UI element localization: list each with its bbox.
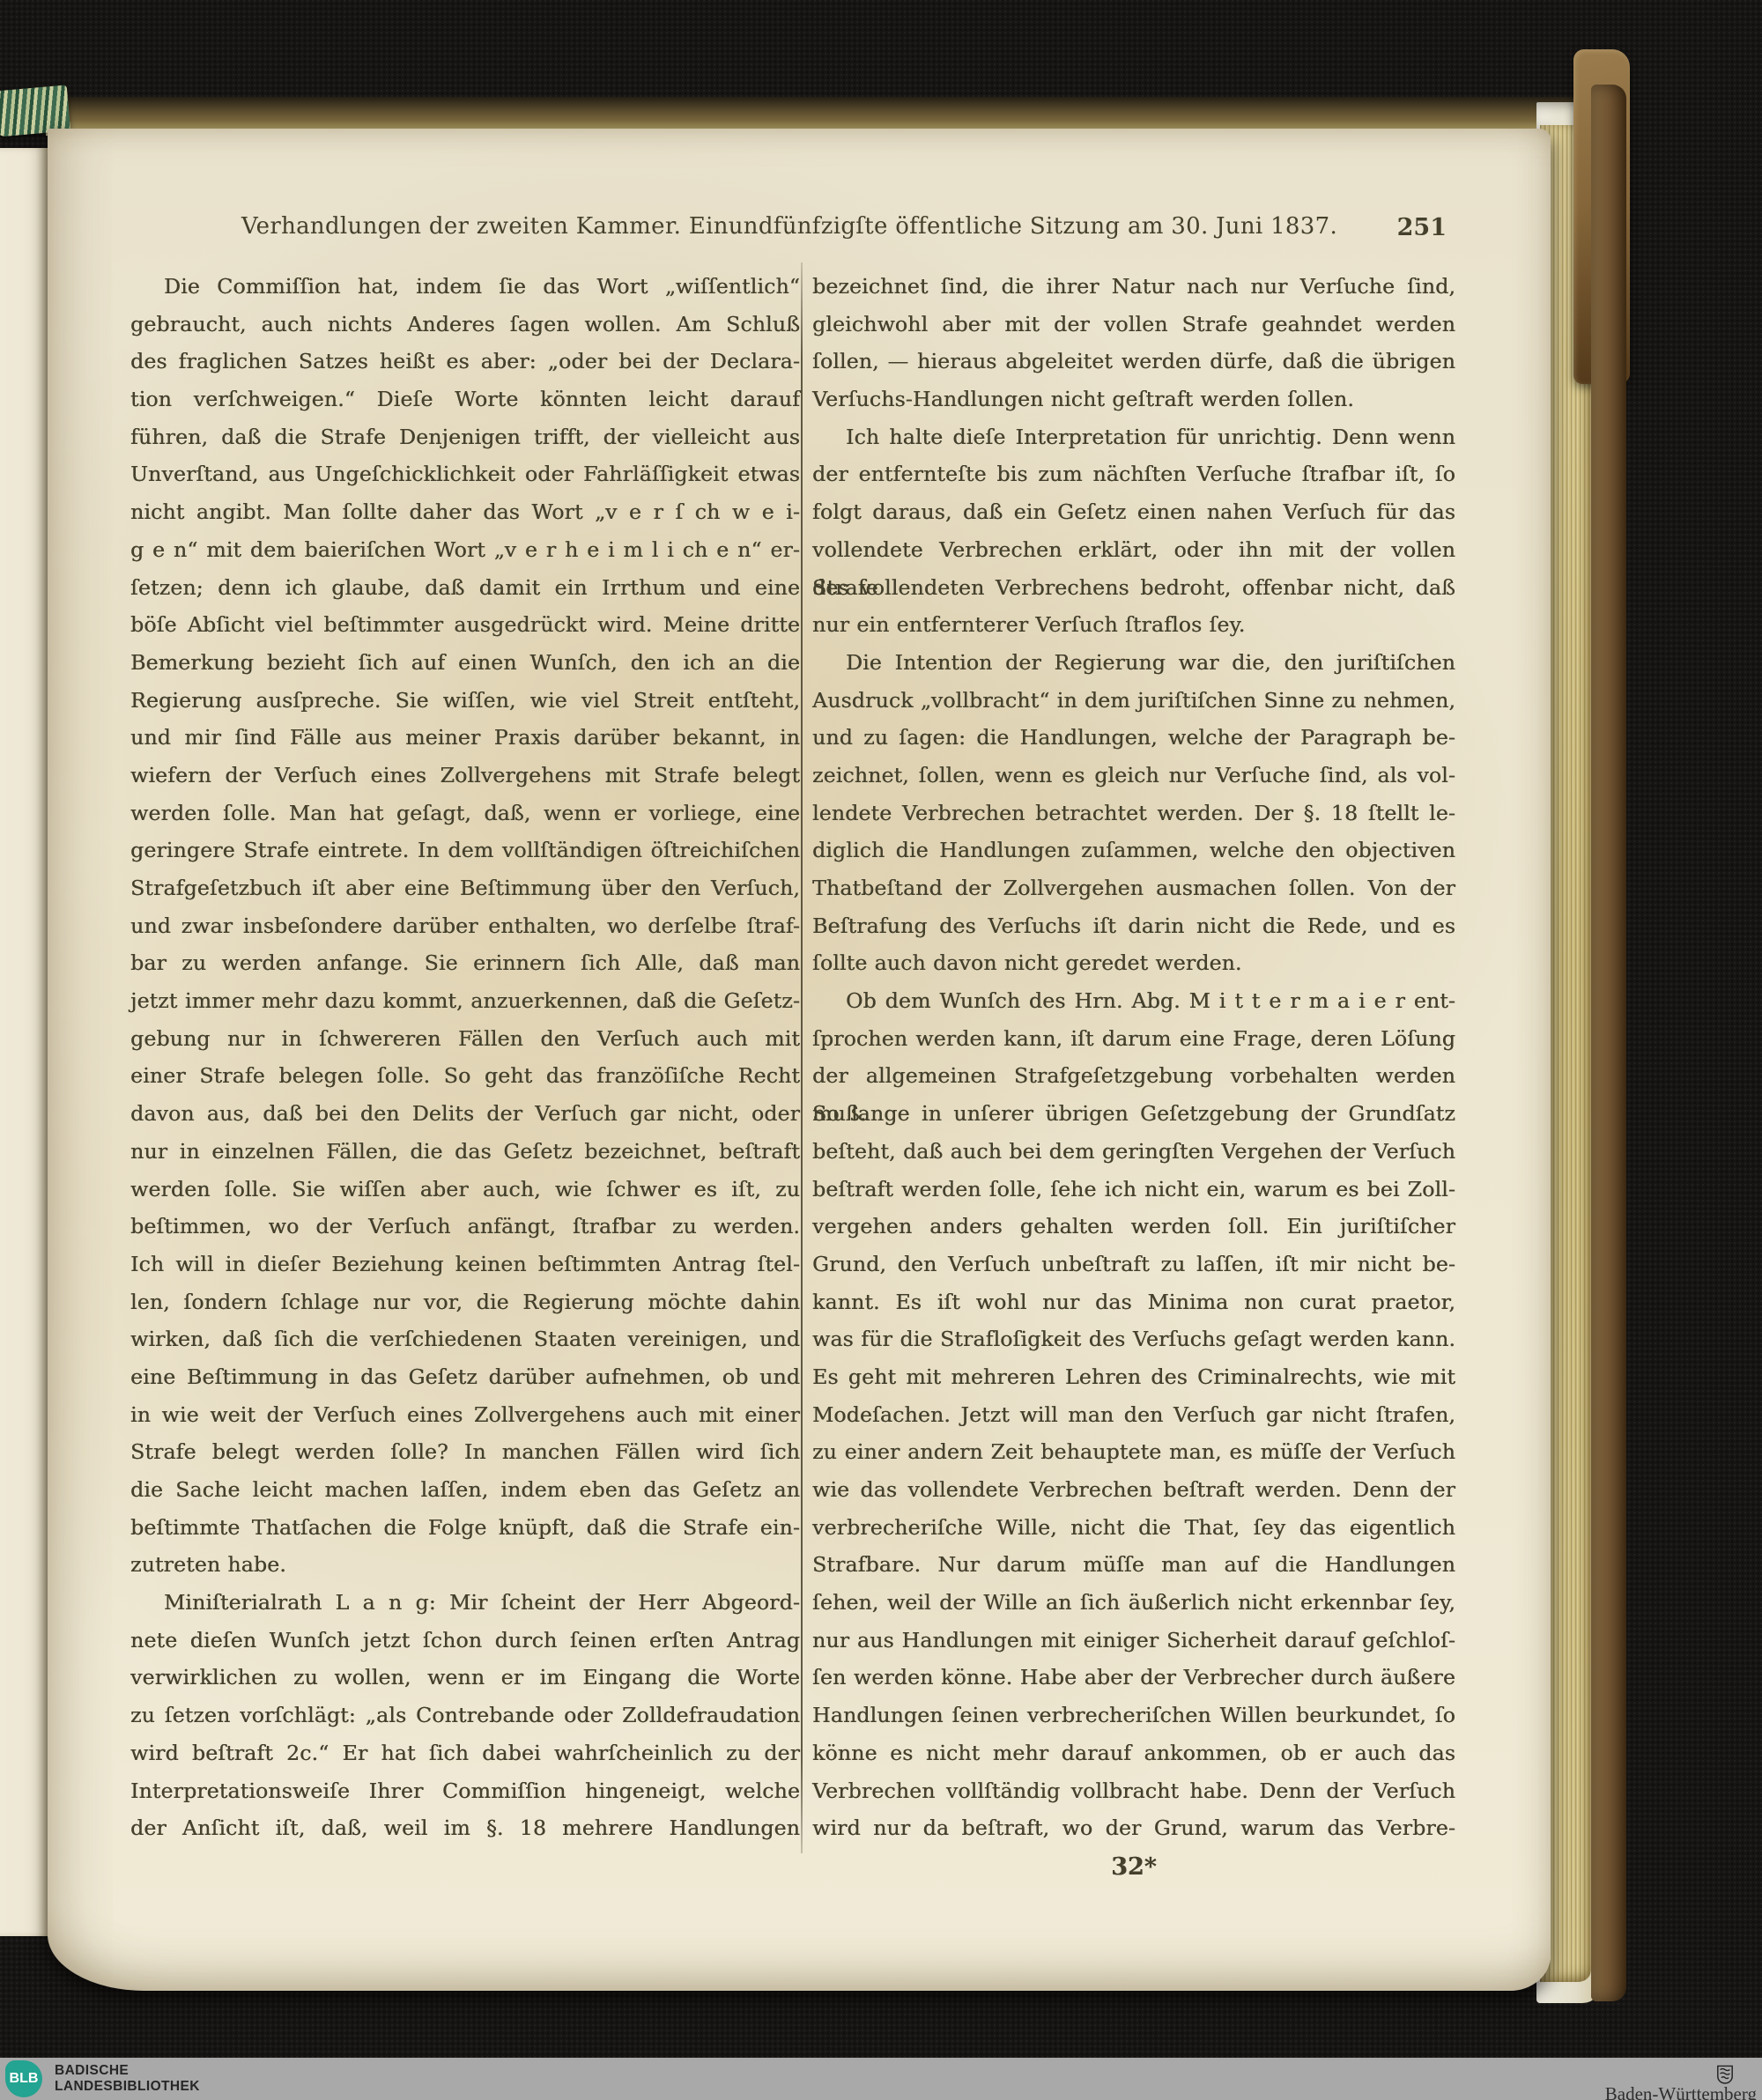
text-line: nete dieſen Wunſch jetzt ſchon durch ſei…	[130, 1622, 800, 1660]
text-line: ſetzen; denn ich glaube, daß damit ein I…	[130, 569, 800, 607]
text-line: Strafbare. Nur darum müſſe man auf die H…	[812, 1546, 1455, 1584]
text-line: len, ſondern ſchlage nur vor, die Regier…	[130, 1283, 800, 1321]
text-line: einer Strafe belegen ſolle. So geht das …	[130, 1057, 800, 1095]
text-line: geringere Strafe eintrete. In dem vollſt…	[130, 832, 800, 869]
text-line: wirken, daß ſich die verſchiedenen Staat…	[130, 1320, 800, 1358]
text-line: ſollen, — hieraus abgeleitet werden dürf…	[812, 343, 1455, 381]
text-line: werden ſolle. Sie wiſſen aber auch, wie …	[130, 1171, 800, 1209]
text-line: Interpretationsweiſe Ihrer Commiſſion hi…	[130, 1772, 800, 1810]
text-line: ſen werden könne. Habe aber der Verbrech…	[812, 1659, 1455, 1697]
brand-name: BADISCHE LANDESBIBLIOTHEK	[55, 2063, 200, 2095]
text-line: wie das vollendete Verbrechen beſtraft w…	[812, 1471, 1455, 1509]
text-line: Die Commiſſion hat, indem ſie das Wort „…	[130, 268, 800, 306]
text-line: nur ein entfernterer Verſuch ſtraflos ſe…	[812, 606, 1455, 644]
text-line: des vollendeten Verbrechens bedroht, off…	[812, 569, 1455, 607]
text-line: Verbrechen vollſtändig vollbracht habe. …	[812, 1772, 1455, 1810]
text-line: vergehen anders gehalten werden ſoll. Ei…	[812, 1208, 1455, 1246]
column-divider	[801, 262, 803, 1853]
text-line: gebung nur in ſchwereren Fällen den Verſ…	[130, 1020, 800, 1058]
text-line: Ausdruck „vollbracht“ in dem juriſtiſche…	[812, 682, 1455, 720]
text-column-right: bezeichnet ſind, die ihrer Natur nach nu…	[812, 268, 1455, 1847]
text-line: verbrecheriſche Wille, nicht die That, ſ…	[812, 1509, 1455, 1547]
text-line: beſtimmte Thatſachen die Folge knüpft, d…	[130, 1509, 800, 1547]
text-line: bar zu werden anfange. Sie erinnern ſich…	[130, 944, 800, 982]
text-line: wiefern der Verſuch eines Zollvergehens …	[130, 757, 800, 795]
text-line: verwirklichen zu wollen, wenn er im Eing…	[130, 1659, 800, 1697]
text-line: Handlungen ſeinen verbrecheriſchen Wille…	[812, 1697, 1455, 1734]
text-line: g e n“ mit dem baieriſchen Wort „v e r h…	[130, 531, 800, 569]
text-line: der allgemeinen Strafgeſetzgebung vorbeh…	[812, 1057, 1455, 1095]
brand-line1: BADISCHE	[55, 2063, 200, 2079]
text-line: ſprochen werden kann, iſt darum eine Fra…	[812, 1020, 1455, 1058]
text-line: lendete Verbrechen betrachtet werden. De…	[812, 795, 1455, 832]
text-line: Verſuchs-Handlungen nicht geſtraft werde…	[812, 381, 1455, 418]
text-line: gebraucht, auch nichts Anderes ſagen wol…	[130, 306, 800, 344]
text-line: wird nur da beſtraft, wo der Grund, waru…	[812, 1809, 1455, 1847]
text-line: Grund, den Verſuch unbeſtraft zu laſſen,…	[812, 1246, 1455, 1283]
text-line: was für die Strafloſigkeit des Verſuchs …	[812, 1320, 1455, 1358]
text-line: des fraglichen Satzes heißt es aber: „od…	[130, 343, 800, 381]
text-line: eine Beſtimmung in das Geſetz darüber au…	[130, 1358, 800, 1396]
blb-logo-abbr: BLB	[10, 2071, 39, 2087]
text-line: So lange in unſerer übrigen Geſetzgebung…	[812, 1095, 1455, 1133]
page-number: 251	[1397, 214, 1447, 241]
text-line: diglich die Handlungen zuſammen, welche …	[812, 832, 1455, 869]
text-line: nur in einzelnen Fällen, die das Geſetz …	[130, 1133, 800, 1171]
text-line: folgt daraus, daß ein Geſetz einen nahen…	[812, 493, 1455, 531]
text-line: beſteht, daß auch bei dem geringſten Ver…	[812, 1133, 1455, 1171]
text-line: ſehen, weil der Wille an ſich äußerlich …	[812, 1584, 1455, 1622]
text-line: davon aus, daß bei den Delits der Verſuc…	[130, 1095, 800, 1133]
text-line: Unverſtand, aus Ungeſchicklichkeit oder …	[130, 455, 800, 493]
cover-edge	[1591, 85, 1626, 2001]
text-line: ſollte auch davon nicht geredet werden.	[812, 944, 1455, 982]
text-line: Regierung ausſpreche. Sie wiſſen, wie vi…	[130, 682, 800, 720]
brand-line2: LANDESBIBLIOTHEK	[55, 2079, 200, 2095]
coat-of-arms-icon	[1716, 2065, 1734, 2084]
baden-wuerttemberg-mark: Baden-Württemberg	[1605, 2065, 1757, 2100]
text-line: Ich will in dieſer Beziehung keinen beſt…	[130, 1246, 800, 1283]
text-line: und zwar insbeſondere darüber enthalten,…	[130, 907, 800, 945]
text-line: Bemerkung bezieht ſich auf einen Wunſch,…	[130, 644, 800, 682]
page-title: Verhandlungen der zweiten Kammer. Einund…	[132, 213, 1447, 240]
text-line: zeichnet, ſollen, wenn es gleich nur Ver…	[812, 757, 1455, 795]
text-line: nur aus Handlungen mit einiger Sicherhei…	[812, 1622, 1455, 1660]
text-line: gleichwohl aber mit der vollen Strafe ge…	[812, 306, 1455, 344]
text-line: kannt. Es iſt wohl nur das Minima non cu…	[812, 1283, 1455, 1321]
text-line: Miniſterialrath L a n g: Mir ſcheint der…	[130, 1584, 800, 1622]
scan-background: Verhandlungen der zweiten Kammer. Einund…	[0, 0, 1762, 2100]
text-line: der Anſicht iſt, daß, weil im §. 18 mehr…	[130, 1809, 800, 1847]
text-line: und mir ſind Fälle aus meiner Praxis dar…	[130, 719, 800, 757]
text-line: bezeichnet ſind, die ihrer Natur nach nu…	[812, 268, 1455, 306]
text-line: wird beſtraft 2c.“ Er hat ſich dabei wah…	[130, 1734, 800, 1772]
footer-bar: BLB BADISCHE LANDESBIBLIOTHEK Baden-Würt…	[0, 2058, 1762, 2100]
text-line: zu einer andern Zeit behauptete man, es …	[812, 1433, 1455, 1471]
text-line: jetzt immer mehr dazu kommt, anzuerkenne…	[130, 982, 800, 1020]
text-column-left: Die Commiſſion hat, indem ſie das Wort „…	[130, 268, 800, 1847]
text-line: beſtraft werden ſolle, ſehe ich nicht ei…	[812, 1171, 1455, 1209]
text-line: Thatbeſtand der Zollvergehen ausmachen ſ…	[812, 869, 1455, 907]
text-line: der entfernteſte bis zum nächſten Verſuc…	[812, 455, 1455, 493]
text-line: führen, daß die Strafe Denjenigen trifft…	[130, 418, 800, 456]
region-label: Baden-Württemberg	[1605, 2084, 1757, 2100]
signature-mark: 32*	[812, 1853, 1455, 1881]
text-line: Modeſachen. Jetzt will man den Verſuch g…	[812, 1396, 1455, 1434]
text-line: Ob dem Wunſch des Hrn. Abg. M i t t e r …	[812, 982, 1455, 1020]
text-line: könne es nicht mehr darauf ankommen, ob …	[812, 1734, 1455, 1772]
text-line: in wie weit der Verſuch eines Zollvergeh…	[130, 1396, 800, 1434]
text-line: Strafgeſetzbuch iſt aber eine Beſtimmung…	[130, 869, 800, 907]
blb-logo-icon: BLB	[5, 2060, 42, 2097]
text-line: und zu ſagen: die Handlungen, welche der…	[812, 719, 1455, 757]
text-line: tion verſchweigen.“ Dieſe Worte könnten …	[130, 381, 800, 418]
text-line: zutreten habe.	[130, 1546, 800, 1584]
text-line: Strafe belegt werden ſolle? In manchen F…	[130, 1433, 800, 1471]
text-line: zu ſetzen vorſchlägt: „als Contrebande o…	[130, 1697, 800, 1734]
text-line: die Sache leicht machen laſſen, indem eb…	[130, 1471, 800, 1509]
running-header: Verhandlungen der zweiten Kammer. Einund…	[132, 213, 1447, 248]
text-line: böſe Abſicht viel beſtimmter ausgedrückt…	[130, 606, 800, 644]
text-line: beſtimmen, wo der Verſuch anfängt, ſtraf…	[130, 1208, 800, 1246]
facing-page-edge	[0, 148, 51, 1936]
book-page: Verhandlungen der zweiten Kammer. Einund…	[48, 129, 1551, 1991]
text-line: Beſtrafung des Verſuchs iſt darin nicht …	[812, 907, 1455, 945]
text-line: Es geht mit mehreren Lehren des Criminal…	[812, 1358, 1455, 1396]
text-line: werden ſolle. Man hat geſagt, daß, wenn …	[130, 795, 800, 832]
text-line: Die Intention der Regierung war die, den…	[812, 644, 1455, 682]
text-line: vollendete Verbrechen erklärt, oder ihn …	[812, 531, 1455, 569]
blb-logo[interactable]: BLB BADISCHE LANDESBIBLIOTHEK	[5, 2060, 200, 2097]
text-line: nicht angibt. Man ſollte daher das Wort …	[130, 493, 800, 531]
text-line: Ich halte dieſe Interpretation für unric…	[812, 418, 1455, 456]
